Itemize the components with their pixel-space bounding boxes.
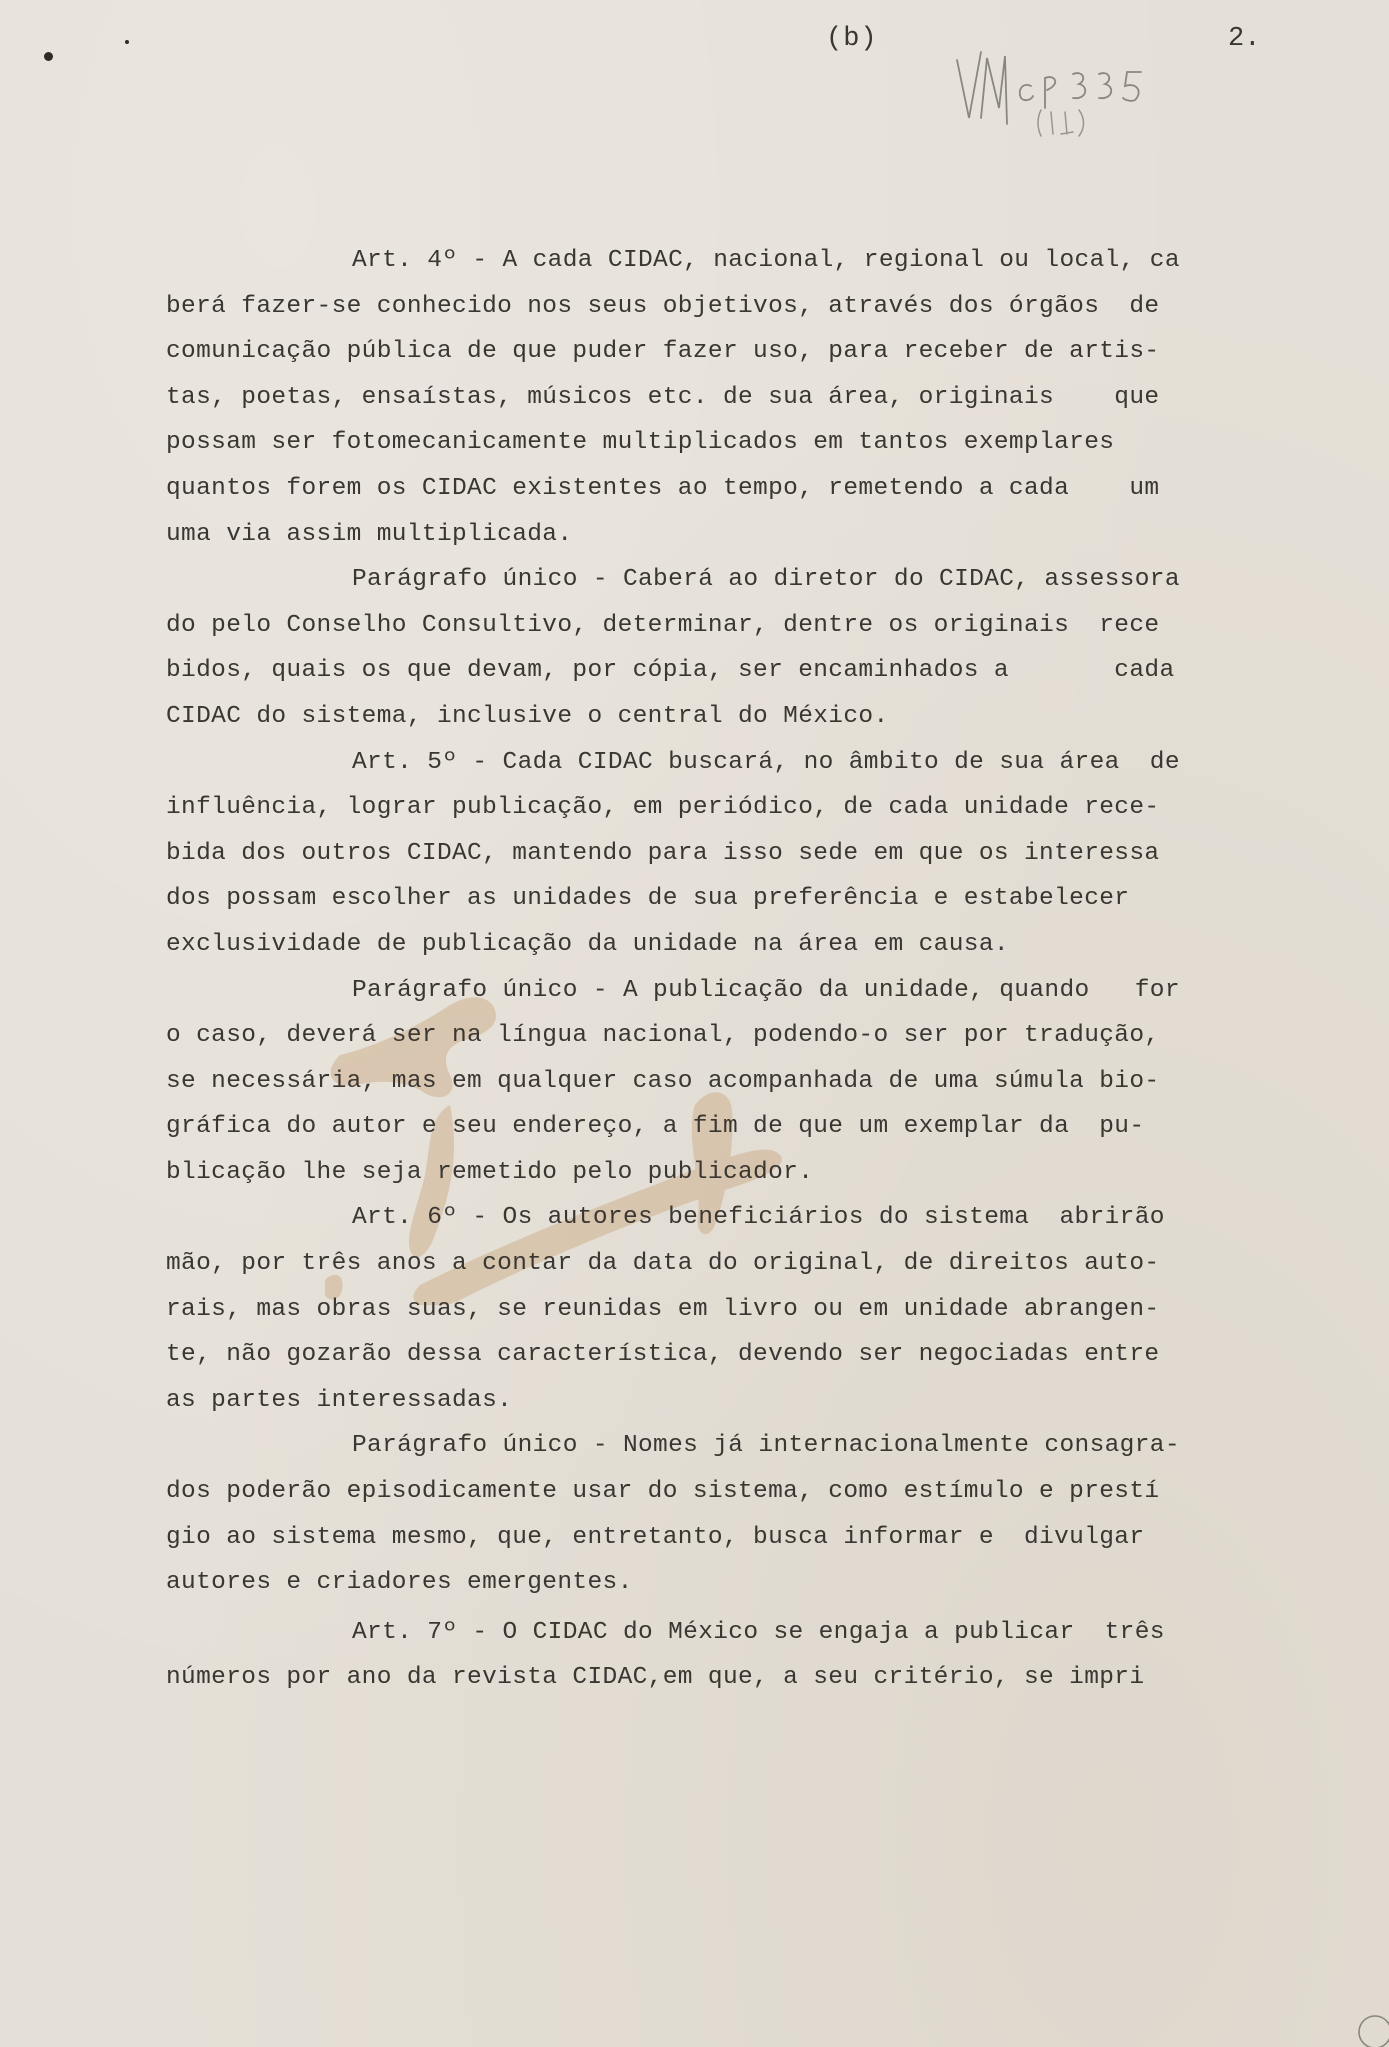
text-line: Art. 4º - A cada CIDAC, nacional, region… [166,238,1264,284]
text-line: dos poderão episodicamente usar do siste… [166,1469,1264,1515]
text-line: quantos forem os CIDAC existentes ao tem… [166,466,1264,512]
paper-speck [125,40,129,44]
text-line: autores e criadores emergentes. [166,1560,1264,1606]
text-line: gráfica do autor e seu endereço, a fim d… [166,1104,1264,1150]
text-line: te, não gozarão dessa característica, de… [166,1332,1264,1378]
text-line: rais, mas obras suas, se reunidas em liv… [166,1287,1264,1333]
text-line: gio ao sistema mesmo, que, entretanto, b… [166,1515,1264,1561]
text-line: exclusividade de publicação da unidade n… [166,922,1264,968]
paper-speck [44,52,53,61]
text-line: as partes interessadas. [166,1378,1264,1424]
article-7: Art. 7º - O CIDAC do México se engaja a … [166,1610,1264,1701]
text-line: Parágrafo único - A publicação da unidad… [166,968,1264,1014]
text-line: uma via assim multiplicada. [166,512,1264,558]
text-line: blicação lhe seja remetido pelo publicad… [166,1150,1264,1196]
text-line: Art. 7º - O CIDAC do México se engaja a … [166,1610,1264,1656]
paper-page: (b) 2. VM cp335 (11) [0,0,1389,2047]
corner-page-mark: 5 [1355,2012,1389,2047]
article-4-sole-paragraph: Parágrafo único - Caberá ao diretor do C… [166,557,1264,739]
text-line: berá fazer-se conhecido nos seus objetiv… [166,284,1264,330]
text-line: Parágrafo único - Caberá ao diretor do C… [166,557,1264,603]
document-body: Art. 4º - A cada CIDAC, nacional, region… [166,238,1264,1701]
text-line: dos possam escolher as unidades de sua p… [166,876,1264,922]
text-line: influência, lograr publicação, em periód… [166,785,1264,831]
article-5-sole-paragraph: Parágrafo único - A publicação da unidad… [166,968,1264,1196]
text-line: tas, poetas, ensaístas, músicos etc. de … [166,375,1264,421]
text-line: o caso, deverá ser na língua nacional, p… [166,1013,1264,1059]
section-label: (b) [826,24,878,54]
text-line: Art. 5º - Cada CIDAC buscará, no âmbito … [166,740,1264,786]
text-line: mão, por três anos a contar da data do o… [166,1241,1264,1287]
text-line: bidos, quais os que devam, por cópia, se… [166,648,1264,694]
text-line: bida dos outros CIDAC, mantendo para iss… [166,831,1264,877]
text-line: do pelo Conselho Consultivo, determinar,… [166,603,1264,649]
text-line: Art. 6º - Os autores beneficiários do si… [166,1195,1264,1241]
article-6: Art. 6º - Os autores beneficiários do si… [166,1195,1264,1423]
page-number: 2. [1228,24,1260,54]
text-line: possam ser fotomecanicamente multiplicad… [166,420,1264,466]
article-4: Art. 4º - A cada CIDAC, nacional, region… [166,238,1264,557]
article-6-sole-paragraph: Parágrafo único - Nomes já internacional… [166,1423,1264,1605]
article-5: Art. 5º - Cada CIDAC buscará, no âmbito … [166,740,1264,968]
text-line: se necessária, mas em qualquer caso acom… [166,1059,1264,1105]
text-line: números por ano da revista CIDAC,em que,… [166,1655,1264,1701]
handwritten-archive-note: VM cp335 (11) [955,48,1195,138]
text-line: comunicação pública de que puder fazer u… [166,329,1264,375]
text-line: Parágrafo único - Nomes já internacional… [166,1423,1264,1469]
text-line: CIDAC do sistema, inclusive o central do… [166,694,1264,740]
